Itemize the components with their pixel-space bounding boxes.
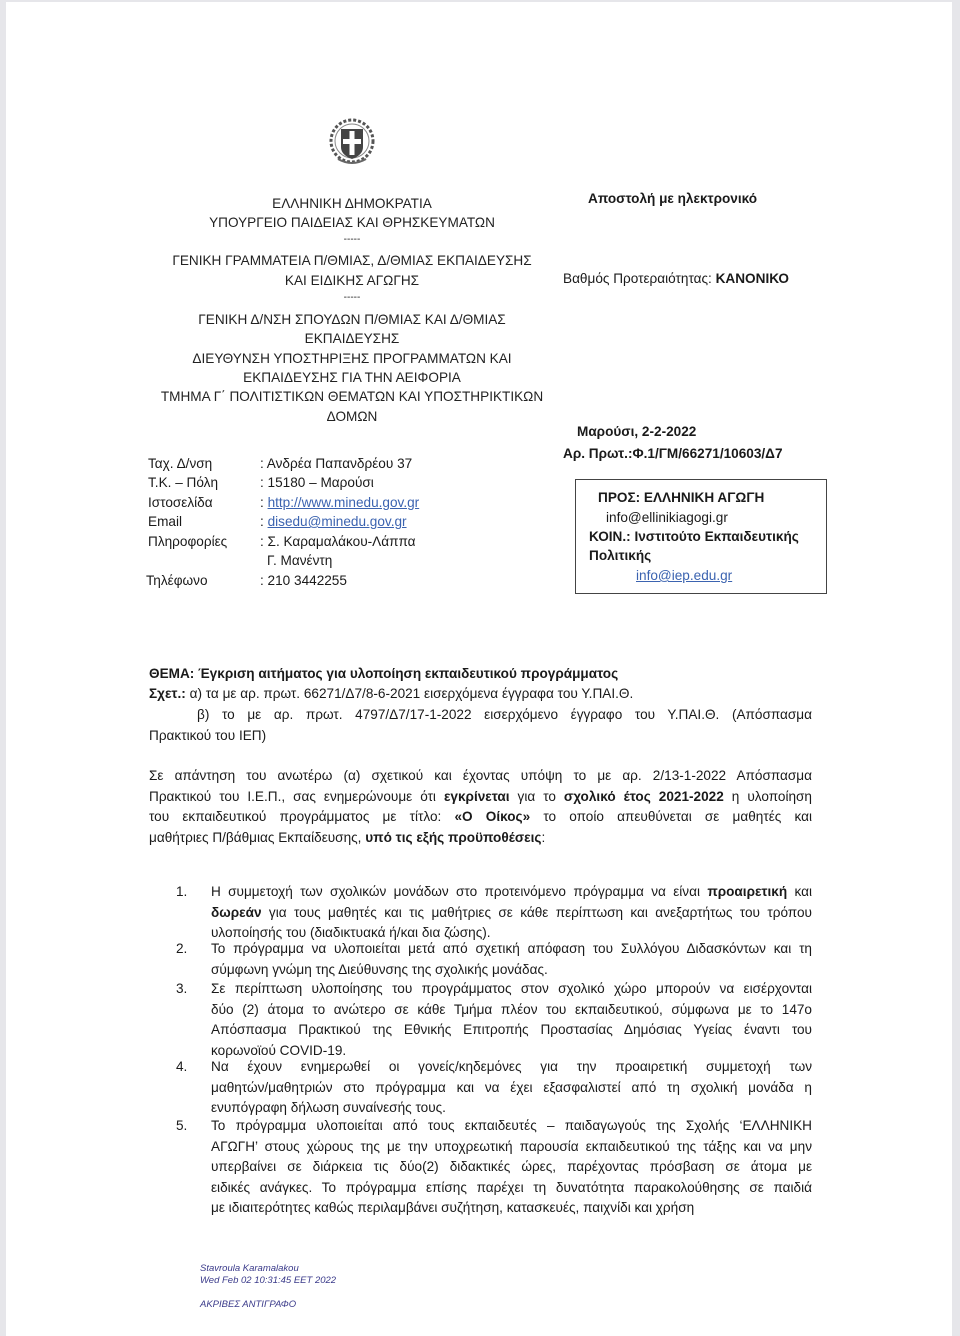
body-line: του εκπαιδευτικού προγράμματος με τίτλο:…	[149, 807, 812, 828]
condition-text: Το πρόγραμμα υλοποιείται από τους εκπαιδ…	[211, 1116, 812, 1219]
contact-value: : Ανδρέα Παπανδρέου 37	[260, 456, 412, 471]
condition-line: μαθητών/μαθητριών στο πρόγραμμα και να έ…	[211, 1078, 812, 1099]
contact-value: : 15180 – Μαρούσι	[260, 475, 374, 490]
condition-line: Απόσπασμα Πρακτικού της Εθνικής Επιτροπή…	[211, 1020, 812, 1041]
org-separator: -----	[6, 292, 698, 303]
contact-label: Τ.Κ. – Πόλη	[148, 475, 218, 490]
condition-number: 2.	[176, 939, 187, 960]
signature-timestamp: Wed Feb 02 10:31:45 EET 2022	[200, 1275, 336, 1286]
reference-label: Σχετ.:	[149, 686, 186, 701]
reference-b: β) το με αρ. πρωτ. 4797/Δ7/17-1-2022 εισ…	[149, 705, 812, 746]
body-line: Σε απάντηση του ανωτέρω (α) σχετικού και…	[149, 766, 812, 787]
priority: Βαθμός Προτεραιότητας: ΚΑΝΟΝΙΚΟ	[563, 271, 789, 286]
body-line: Πρακτικού του Ι.Ε.Π., σας ενημερώνουμε ό…	[149, 787, 812, 808]
condition-line: Το πρόγραμμα υλοποιείται από τους εκπαιδ…	[211, 1116, 812, 1137]
certified-copy: ΑΚΡΙΒΕΣ ΑΝΤΙΓΡΑΦΟ	[200, 1299, 296, 1310]
condition-line: Το πρόγραμμα να υλοποιείται μετά από σχε…	[211, 939, 812, 960]
contact-prefix: :	[260, 495, 268, 510]
contact-label: Email	[148, 514, 182, 529]
reference-b-line: β) το με αρ. πρωτ. 4797/Δ7/17-1-2022 εισ…	[149, 705, 812, 726]
recipient-email: info@ellinikiagogi.gr	[606, 510, 728, 525]
condition-line: Η συμμετοχή των σχολικών μονάδων στο προ…	[211, 882, 812, 903]
body-line: μαθήτριες Π/βάθμιας Εκπαίδευσης, υπό τις…	[149, 828, 812, 849]
contact-prefix: :	[260, 514, 268, 529]
condition-text: Σε περίπτωση υλοποίησης του προγράμματος…	[211, 979, 812, 1061]
condition-line: ΑΓΩΓΗ’ στους χώρους της με την υποχρεωτι…	[211, 1137, 812, 1158]
condition-line: με ιδιαιτερότητες καθώς περιλαμβάνει συζ…	[211, 1198, 812, 1219]
contact-value: : 210 3442255	[260, 573, 347, 588]
condition-line: ειδικές ανάγκες. Το πρόγραμμα επίσης παρ…	[211, 1178, 812, 1199]
reference-b-line: Πρακτικού του ΙΕΠ)	[149, 726, 812, 747]
contact-email: : disedu@minedu.gov.gr	[260, 514, 407, 529]
condition-line: σύμφωνη γνώμη της Διεύθυνσης της σχολική…	[211, 960, 812, 981]
contact-label: Ταχ. Δ/νση	[148, 456, 212, 471]
condition-line: δωρεάν για τους μαθητές και τις μαθήτριε…	[211, 903, 812, 924]
org-line: ΔΙΕΥΘΥΝΣΗ ΥΠΟΣΤΗΡΙΞΗΣ ΠΡΟΓΡΑΜΜΑΤΩΝ ΚΑΙ	[6, 351, 698, 366]
condition-text: Να έχουν ενημερωθεί οι γονείς/κηδεμόνες …	[211, 1057, 812, 1119]
cc-name-cont: Πολιτικής	[589, 548, 651, 563]
condition-number: 3.	[176, 979, 187, 1000]
condition-text: Το πρόγραμμα να υλοποιείται μετά από σχε…	[211, 939, 812, 980]
priority-label: Βαθμός Προτεραιότητας:	[563, 271, 716, 286]
condition-number: 4.	[176, 1057, 187, 1078]
email-link[interactable]: disedu@minedu.gov.gr	[268, 514, 407, 529]
condition-text: Η συμμετοχή των σχολικών μονάδων στο προ…	[211, 882, 812, 944]
subject: ΘΕΜΑ: Έγκριση αιτήματος για υλοποίηση εκ…	[149, 666, 618, 681]
place-date: Μαρούσι, 2-2-2022	[577, 424, 696, 439]
contact-label: Ιστοσελίδα	[148, 495, 213, 510]
priority-value: ΚΑΝΟΝΙΚΟ	[716, 271, 789, 286]
contact-label: Πληροφορίες	[148, 534, 227, 549]
contact-website: : http://www.minedu.gov.gr	[260, 495, 419, 510]
reference-a: Σχετ.: α) τα με αρ. πρωτ. 66271/Δ7/8-6-2…	[149, 686, 633, 701]
cc-name: Ινστιτούτο Εκπαιδευτικής	[631, 529, 799, 544]
contact-label: Τηλέφωνο	[146, 573, 208, 588]
signer-name: Stavroula Karamalakou	[200, 1263, 299, 1274]
greek-coat-of-arms-icon	[328, 117, 376, 169]
subject-text: Έγκριση αιτήματος για υλοποίηση εκπαιδευ…	[194, 666, 618, 681]
cc-email-link[interactable]: info@iep.edu.gr	[636, 568, 732, 583]
subject-label: ΘΕΜΑ:	[149, 666, 194, 681]
condition-line: υπερβαίνει σε διάρκεια τις δύο(2) διδακτ…	[211, 1157, 812, 1178]
condition-line: δύο (2) άτομα το ανώτερο σε κάθε Τμήμα π…	[211, 1000, 812, 1021]
cc-label: ΚΟΙΝ.:	[589, 529, 631, 544]
org-line: ΓΕΝΙΚΗ ΓΡΑΜΜΑΤΕΙΑ Π/ΘΜΙΑΣ, Δ/ΘΜΙΑΣ ΕΚΠΑΙ…	[6, 253, 698, 268]
condition-number: 1.	[176, 882, 187, 903]
document-page: ΕΛΛΗΝΙΚΗ ΔΗΜΟΚΡΑΤΙΑ ΥΠΟΥΡΓΕΙΟ ΠΑΙΔΕΙΑΣ Κ…	[6, 2, 952, 1336]
recipient-to: ΠΡΟΣ: ΕΛΛΗΝΙΚΗ ΑΓΩΓΗ	[598, 490, 764, 505]
org-line: ΤΜΗΜΑ Γ΄ ΠΟΛΙΤΙΣΤΙΚΩΝ ΘΕΜΑΤΩΝ ΚΑΙ ΥΠΟΣΤΗ…	[6, 389, 698, 404]
org-line: ΥΠΟΥΡΓΕΙΟ ΠΑΙΔΕΙΑΣ ΚΑΙ ΘΡΗΣΚΕΥΜΑΤΩΝ	[6, 215, 698, 230]
body-paragraph: Σε απάντηση του ανωτέρω (α) σχετικού και…	[149, 766, 812, 848]
org-line: ΓΕΝΙΚΗ Δ/ΝΣΗ ΣΠΟΥΔΩΝ Π/ΘΜΙΑΣ ΚΑΙ Δ/ΘΜΙΑΣ	[6, 312, 698, 327]
cc-email: info@iep.edu.gr	[636, 568, 732, 583]
org-line: ΕΚΠΑΙΔΕΥΣΗΣ ΓΙΑ ΤΗΝ ΑΕΙΦΟΡΙΑ	[6, 370, 698, 385]
delivery-method: Αποστολή με ηλεκτρονικό	[588, 191, 757, 206]
org-separator: -----	[6, 234, 698, 245]
org-line: ΕΚΠΑΙΔΕΥΣΗΣ	[6, 331, 698, 346]
recipient-cc: ΚΟΙΝ.: Ινστιτούτο Εκπαιδευτικής	[589, 529, 799, 544]
contact-value: Γ. Μανέντη	[267, 553, 332, 568]
reference-a-text: α) τα με αρ. πρωτ. 66271/Δ7/8-6-2021 εισ…	[186, 686, 633, 701]
condition-number: 5.	[176, 1116, 187, 1137]
protocol-number: Αρ. Πρωτ.:Φ.1/ΓΜ/66271/10603/Δ7	[563, 446, 783, 461]
contact-value: : Σ. Καραμαλάκου-Λάππα	[260, 534, 416, 549]
condition-line: Να έχουν ενημερωθεί οι γονείς/κηδεμόνες …	[211, 1057, 812, 1078]
recipient-box: ΠΡΟΣ: ΕΛΛΗΝΙΚΗ ΑΓΩΓΗ info@ellinikiagogi.…	[575, 479, 827, 594]
website-link[interactable]: http://www.minedu.gov.gr	[268, 495, 420, 510]
org-line: ΔΟΜΩΝ	[6, 409, 698, 424]
condition-line: Σε περίπτωση υλοποίησης του προγράμματος…	[211, 979, 812, 1000]
